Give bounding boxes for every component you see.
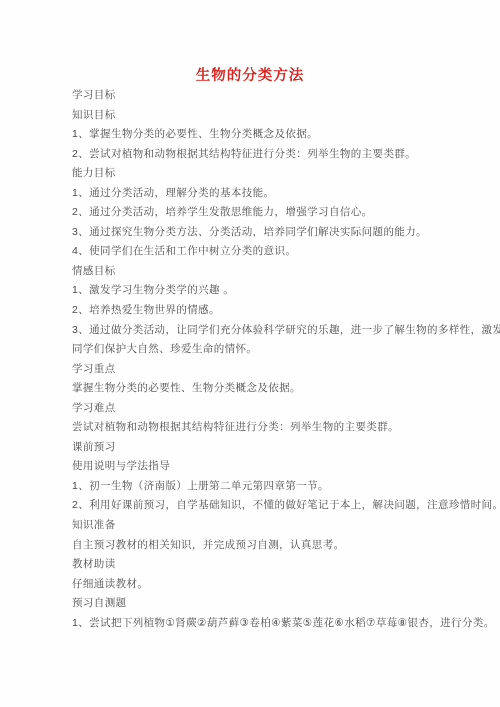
- text-line: 2、利用好课前预习，自学基础知识，不懂的做好笔记于本上，解决问题，注意珍惜时间。: [72, 496, 460, 516]
- page-title: 生物的分类方法: [0, 64, 500, 85]
- text-line: 学习难点: [72, 399, 460, 419]
- text-line: 1、通过分类活动，理解分类的基本技能。: [72, 184, 460, 204]
- text-line: 3、通过做分类活动，让同学们充分体验科学研究的乐趣，进一步了解生物的多样性，激发: [72, 321, 460, 341]
- text-line: 1、初一生物（济南版）上册第二单元第四章第一节。: [72, 477, 460, 497]
- text-line: 预习自测题: [72, 594, 460, 614]
- text-line: 4、使同学们在生活和工作中树立分类的意识。: [72, 242, 460, 262]
- text-line: 知识目标: [72, 106, 460, 126]
- text-line: 1、掌握生物分类的必要性、生物分类概念及依据。: [72, 125, 460, 145]
- text-line: 3、通过探究生物分类方法、分类活动，培养同学们解决实际问题的能力。: [72, 223, 460, 243]
- text-line: 能力目标: [72, 164, 460, 184]
- text-line: 使用说明与学法指导: [72, 457, 460, 477]
- text-line: 2、通过分类活动，培养学生发散思维能力，增强学习自信心。: [72, 203, 460, 223]
- text-line: 仔细通读教材。: [72, 575, 460, 595]
- text-line: 学习目标: [72, 86, 460, 106]
- text-line: 课前预习: [72, 438, 460, 458]
- text-line: 1、激发学习生物分类学的兴趣 。: [72, 281, 460, 301]
- text-line: 学习重点: [72, 360, 460, 380]
- text-line: 同学们保护大自然、珍爱生命的情怀。: [72, 340, 460, 360]
- text-line: 1、尝试把下列植物①肾蕨②葫芦藓③卷柏④紫菜⑤莲花⑥水稻⑦草莓⑧银杏，进行分类。: [72, 614, 460, 634]
- text-line: 2、培养热爱生物世界的情感。: [72, 301, 460, 321]
- document-page: 生物的分类方法 学习目标知识目标1、掌握生物分类的必要性、生物分类概念及依据。2…: [0, 0, 500, 707]
- text-line: 尝试对植物和动物根据其结构特征进行分类：列举生物的主要类群。: [72, 418, 460, 438]
- text-line: 教材助读: [72, 555, 460, 575]
- document-body: 学习目标知识目标1、掌握生物分类的必要性、生物分类概念及依据。2、尝试对植物和动…: [72, 86, 460, 633]
- text-line: 知识准备: [72, 516, 460, 536]
- text-line: 掌握生物分类的必要性、生物分类概念及依据。: [72, 379, 460, 399]
- text-line: 2、尝试对植物和动物根据其结构特征进行分类：列举生物的主要类群。: [72, 145, 460, 165]
- text-line: 情感目标: [72, 262, 460, 282]
- text-line: 自主预习教材的相关知识，并完成预习自测，认真思考。: [72, 536, 460, 556]
